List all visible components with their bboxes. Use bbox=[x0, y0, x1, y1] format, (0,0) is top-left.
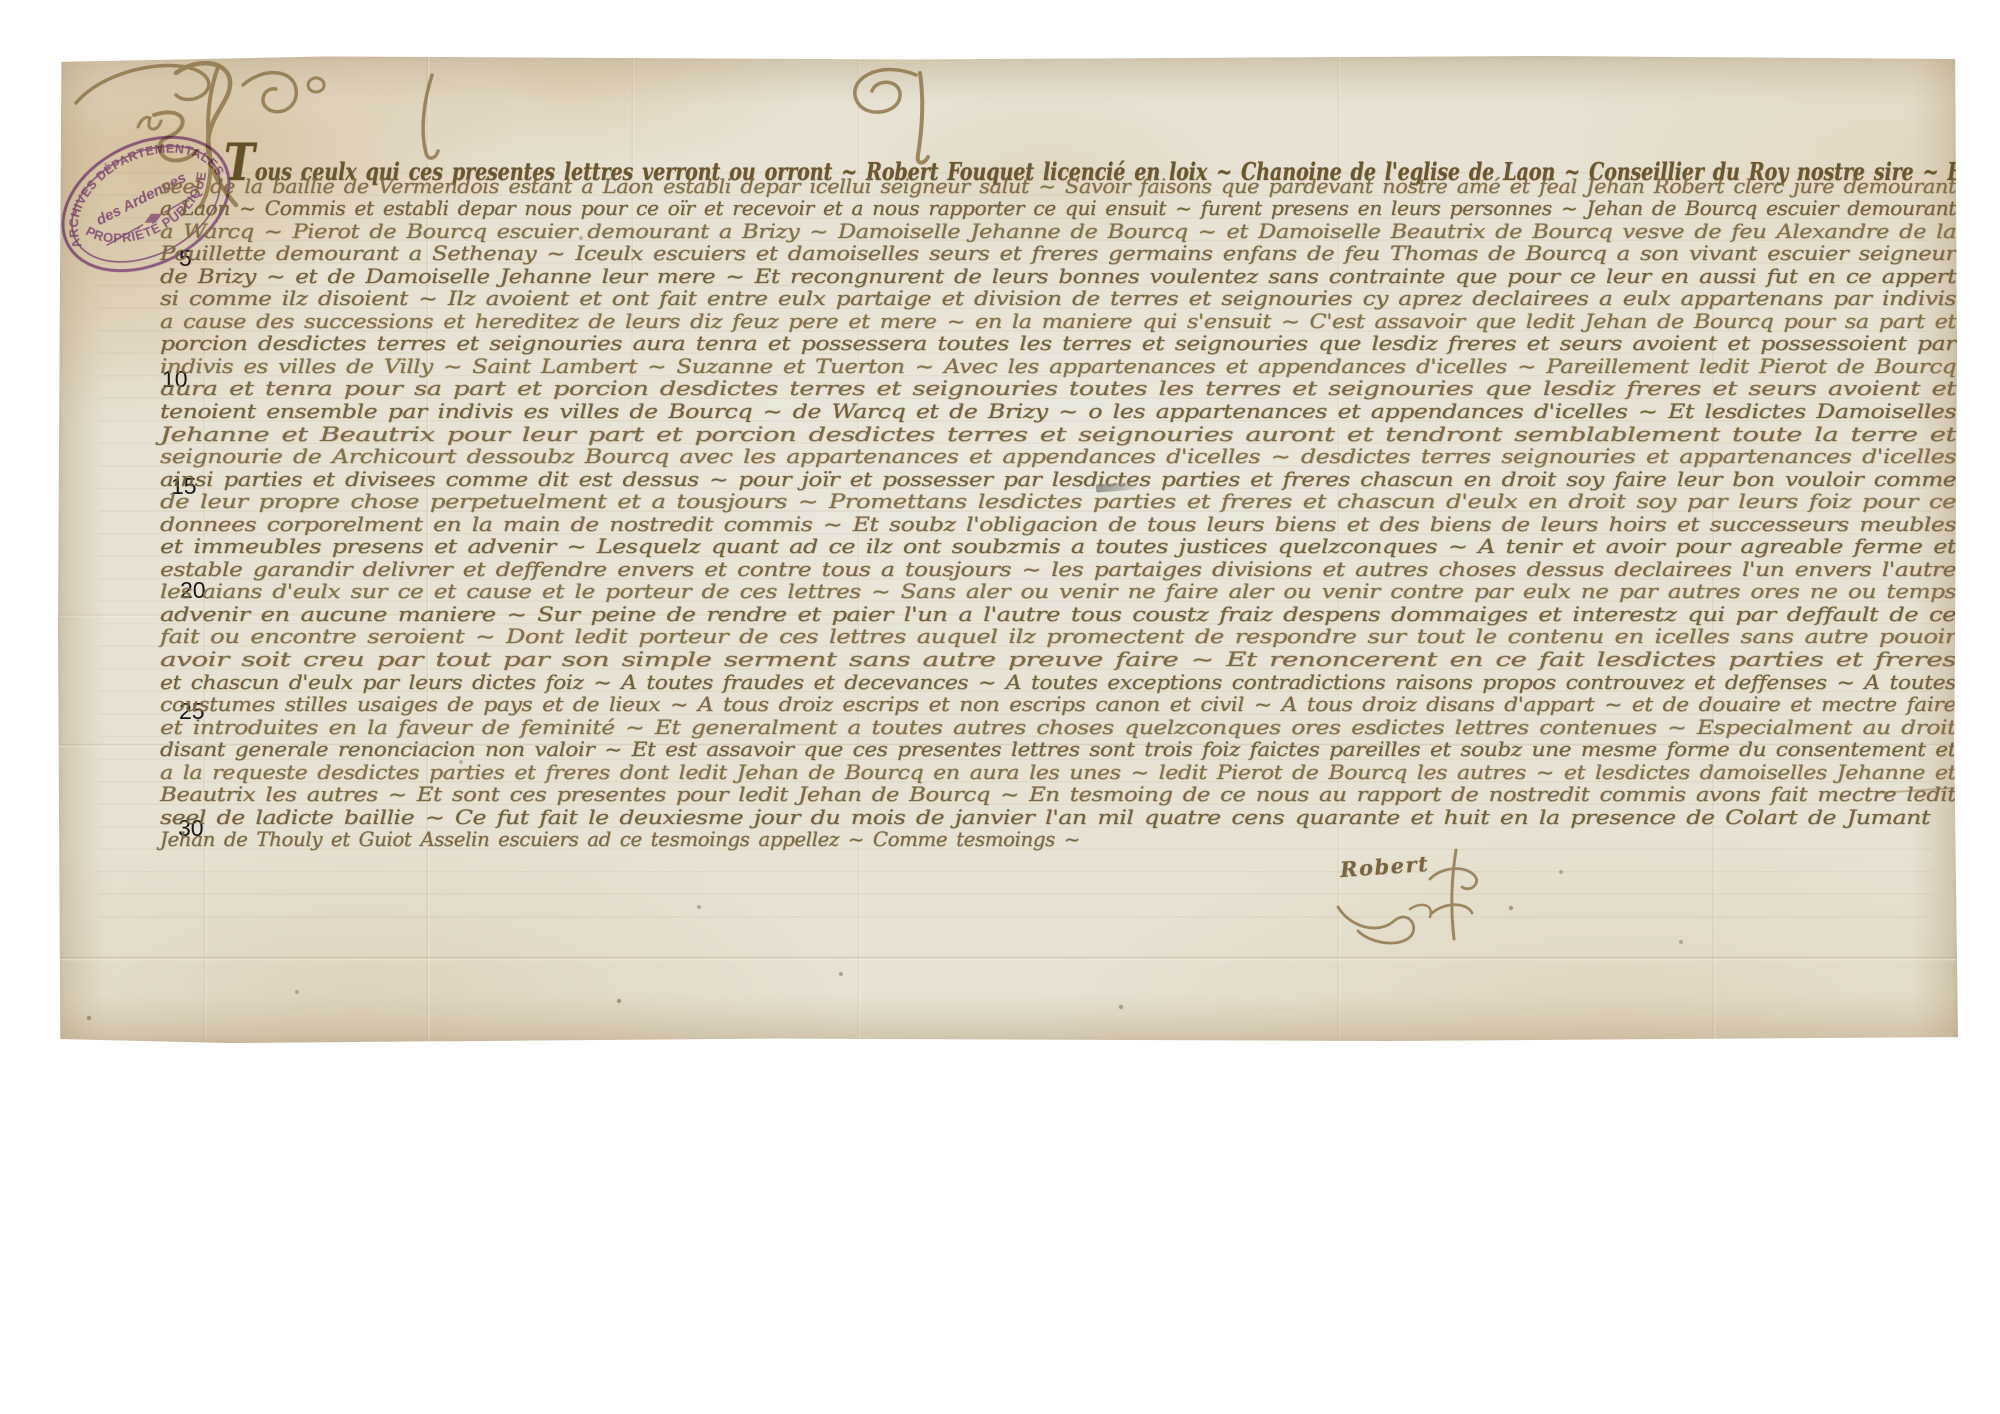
manuscript-line-11: aura et tenra pour sa part et porcion de… bbox=[160, 377, 1956, 400]
manuscript-line-4: a Warcq ~ Pierot de Bourcq escuier demou… bbox=[160, 220, 1956, 243]
manuscript-line-text: de Brizy ~ et de Damoiselle Jehanne leur… bbox=[160, 265, 1956, 288]
manuscript-line-19: estable garandir delivrer et deffendre e… bbox=[160, 558, 1956, 581]
signature-paraph bbox=[1430, 869, 1477, 889]
manuscript-line-text: aura et tenra pour sa part et porcion de… bbox=[160, 377, 1956, 400]
page: { "stamp": { "line1": "ARCHIVES DÉPARTEM… bbox=[0, 0, 2000, 1414]
signature-paraph bbox=[1452, 850, 1456, 939]
monogram-flourish bbox=[243, 73, 296, 112]
manuscript-line-text: tenoient ensemble par indivis es villes … bbox=[160, 400, 1956, 423]
manuscript-line-17: donnees corporelment en la main de nostr… bbox=[160, 513, 1956, 536]
manuscript-line-text: seel de ladicte baillie ~ Ce fut fait le… bbox=[160, 806, 1930, 829]
manuscript-line-text: fait ou encontre seroient ~ Dont ledit p… bbox=[160, 625, 1956, 648]
manuscript-line-28: a la requeste desdictes parties et frere… bbox=[160, 761, 1956, 784]
manuscript-line-23: avoir soit creu par tout par son simple … bbox=[160, 648, 1956, 671]
manuscript-line-text: a Warcq ~ Pierot de Bourcq escuier demou… bbox=[160, 220, 1956, 243]
fold-crease-horizontal-3 bbox=[58, 956, 1958, 961]
manuscript-line-text: a Laon ~ Commis et establi depar nous po… bbox=[160, 197, 1956, 220]
manuscript-line-10: indivis es villes de Villy ~ Saint Lambe… bbox=[160, 355, 1956, 378]
manuscript-line-27: disant generale renonciacion non valoir … bbox=[160, 738, 1956, 761]
manuscript-line-text: a la requeste desdictes parties et frere… bbox=[160, 761, 1956, 784]
manuscript-line-12: tenoient ensemble par indivis es villes … bbox=[160, 400, 1956, 423]
manuscript-line-text: donnees corporelment en la main de nostr… bbox=[160, 513, 1956, 536]
initial-r-flourish bbox=[855, 70, 916, 113]
manuscript-line-20: les aians d'eulx sur ce et cause et le p… bbox=[160, 580, 1956, 603]
signature-underswirl bbox=[1338, 907, 1414, 943]
manuscript-line-text: et introduites en la faveur de feminité … bbox=[160, 716, 1956, 739]
manuscript-line-text: et immeubles presens et advenir ~ Lesque… bbox=[160, 535, 1956, 558]
ascender-stroke bbox=[423, 75, 438, 158]
signature-robert: Robert bbox=[1339, 851, 1430, 882]
manuscript-line-text: de leur propre chose perpetuelment et a … bbox=[160, 490, 1956, 513]
manuscript-line-13: Jehanne et Beautrix pour leur part et po… bbox=[160, 423, 1956, 446]
manuscript-line-text: avoir soit creu par tout par son simple … bbox=[160, 648, 1956, 671]
manuscript-line-2: seel de la baillie de Vermendois estant … bbox=[160, 175, 1956, 198]
manuscript-line-24: et chascun d'eulx par leurs dictes foiz … bbox=[160, 671, 1956, 694]
signature-paraph bbox=[1432, 905, 1472, 913]
parchment: ARCHIVES DÉPARTEMENTALES des Ardennes PR… bbox=[58, 55, 1958, 1043]
manuscript-line-1: Tous ceulx qui ces presentes lettres ver… bbox=[224, 152, 1956, 175]
manuscript-line-25: coustumes stilles usaiges de pays et de … bbox=[160, 693, 1956, 716]
manuscript-line-text: Jehan de Thouly et Guiot Asselin escuier… bbox=[160, 828, 1080, 851]
manuscript-line-text: disant generale renonciacion non valoir … bbox=[160, 738, 1956, 761]
manuscript-line-text: si comme ilz disoient ~ Ilz avoient et o… bbox=[160, 287, 1956, 310]
manuscript-line-text: Beautrix les autres ~ Et sont ces presen… bbox=[160, 783, 1956, 806]
manuscript-line-16: de leur propre chose perpetuelment et a … bbox=[160, 490, 1956, 513]
manuscript-line-8: a cause des successions et hereditez de … bbox=[160, 310, 1956, 333]
manuscript-line-text: advenir en aucune maniere ~ Sur peine de… bbox=[160, 603, 1956, 626]
manuscript-line-7: si comme ilz disoient ~ Ilz avoient et o… bbox=[160, 287, 1956, 310]
manuscript-line-15: ainsi parties et divisees comme dit est … bbox=[160, 468, 1956, 491]
manuscript-line-text: les aians d'eulx sur ce et cause et le p… bbox=[160, 580, 1956, 603]
manuscript-line-text: seignourie de Archicourt dessoubz Bourcq… bbox=[160, 445, 1956, 468]
manuscript-line-3: a Laon ~ Commis et establi depar nous po… bbox=[160, 197, 1956, 220]
manuscript-line-5: Pouillette demourant a Sethenay ~ Iceulx… bbox=[160, 242, 1956, 265]
manuscript-line-21: advenir en aucune maniere ~ Sur peine de… bbox=[160, 603, 1956, 626]
initial-r-flourish bbox=[918, 73, 928, 163]
manuscript-line-31: Jehan de Thouly et Guiot Asselin escuier… bbox=[160, 828, 1956, 851]
manuscript-line-29: Beautrix les autres ~ Et sont ces presen… bbox=[160, 783, 1956, 806]
manuscript-line-6: de Brizy ~ et de Damoiselle Jehanne leur… bbox=[160, 265, 1956, 288]
manuscript-line-text: ainsi parties et divisees comme dit est … bbox=[160, 468, 1956, 491]
manuscript-line-text: seel de la baillie de Vermendois estant … bbox=[160, 175, 1956, 198]
manuscript-line-text: estable garandir delivrer et deffendre e… bbox=[160, 558, 1956, 581]
manuscript-line-9: porcion desdictes terres et seignouries … bbox=[160, 332, 1956, 355]
manuscript-line-text: porcion desdictes terres et seignouries … bbox=[160, 332, 1956, 355]
monogram-flourish bbox=[308, 78, 324, 92]
manuscript-line-22: fait ou encontre seroient ~ Dont ledit p… bbox=[160, 625, 1956, 648]
manuscript-line-30: seel de ladicte baillie ~ Ce fut fait le… bbox=[160, 806, 1956, 829]
manuscript-line-text: Jehanne et Beautrix pour leur part et po… bbox=[160, 423, 1956, 446]
manuscript-text-block: Tous ceulx qui ces presentes lettres ver… bbox=[160, 152, 1956, 851]
manuscript-line-text: indivis es villes de Villy ~ Saint Lambe… bbox=[160, 355, 1956, 378]
manuscript-line-14: seignourie de Archicourt dessoubz Bourcq… bbox=[160, 445, 1956, 468]
manuscript-line-text: a cause des successions et hereditez de … bbox=[160, 310, 1956, 333]
manuscript-line-18: et immeubles presens et advenir ~ Lesque… bbox=[160, 535, 1956, 558]
manuscript-line-text: coustumes stilles usaiges de pays et de … bbox=[160, 693, 1956, 716]
ink-specks bbox=[58, 55, 60, 57]
manuscript-line-text: Pouillette demourant a Sethenay ~ Iceulx… bbox=[160, 242, 1956, 265]
signature-underswirl bbox=[1410, 905, 1431, 917]
manuscript-line-26: et introduites en la faveur de feminité … bbox=[160, 716, 1956, 739]
manuscript-line-text: et chascun d'eulx par leurs dictes foiz … bbox=[160, 671, 1956, 694]
